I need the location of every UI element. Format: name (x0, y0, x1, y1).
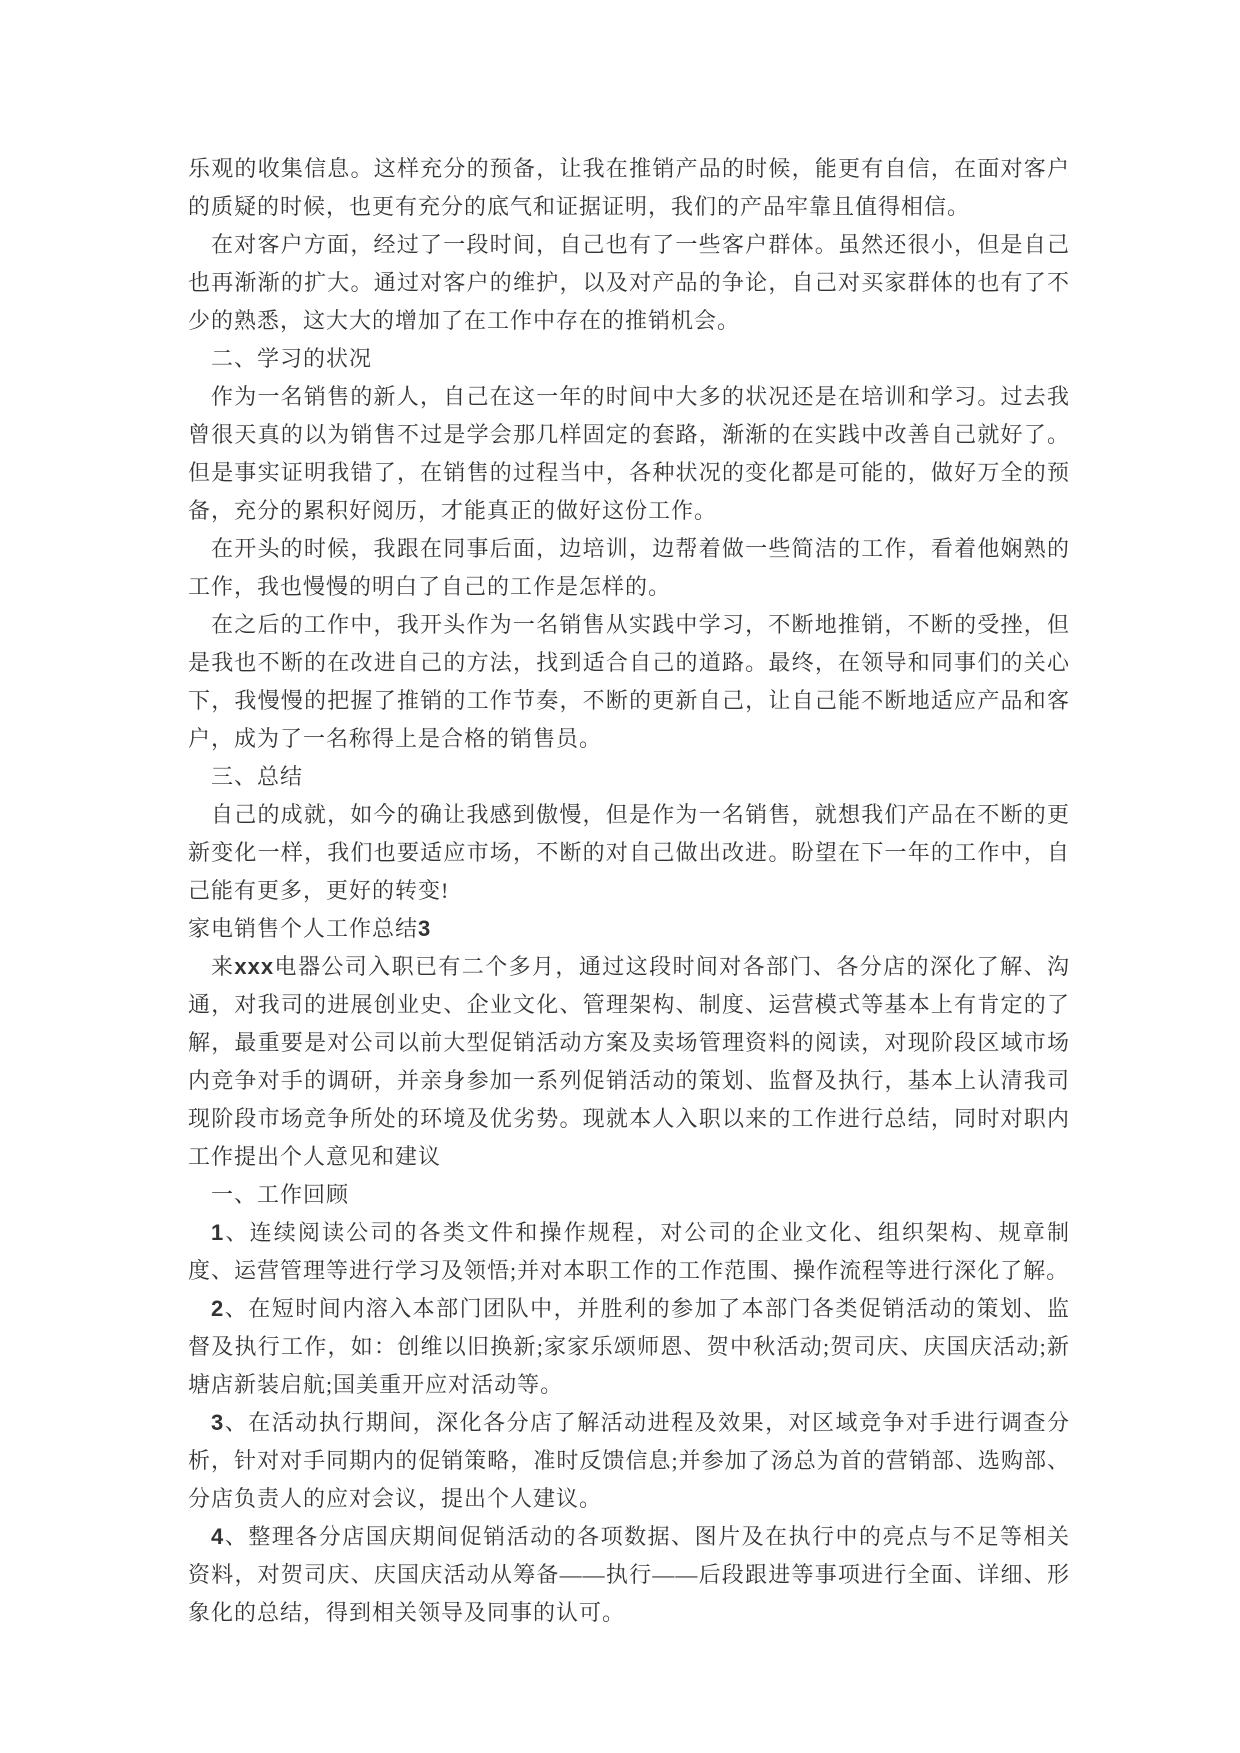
paragraph: 乐观的收集信息。这样充分的预备，让我在推销产品的时候，能更有自信，在面对客户的质… (188, 150, 1070, 226)
section-heading: 二、学习的状况 (188, 340, 1070, 378)
document-body: 乐观的收集信息。这样充分的预备，让我在推销产品的时候，能更有自信，在面对客户的质… (188, 150, 1070, 1632)
numbered-paragraph: 4、整理各分店国庆期间促销活动的各项数据、图片及在执行中的亮点与不足等相关资料，… (188, 1518, 1070, 1632)
document-page: 乐观的收集信息。这样充分的预备，让我在推销产品的时候，能更有自信，在面对客户的质… (0, 0, 1240, 1753)
article-heading: 家电销售个人工作总结3 (188, 910, 1070, 948)
numbered-paragraph: 1、连续阅读公司的各类文件和操作规程，对公司的企业文化、组织架构、规章制度、运营… (188, 1214, 1070, 1290)
numbered-paragraph: 2、在短时间内溶入本部门团队中，并胜利的参加了本部门各类促销活动的策划、监督及执… (188, 1290, 1070, 1404)
paragraph: 在开头的时候，我跟在同事后面，边培训，边帮着做一些简洁的工作，看着他娴熟的工作，… (188, 530, 1070, 606)
latin-text: 3 (211, 1410, 224, 1435)
numbered-paragraph: 3、在活动执行期间，深化各分店了解活动进程及效果，对区域竞争对手进行调查分析，针… (188, 1404, 1070, 1518)
latin-text: 1 (211, 1220, 224, 1245)
paragraph: 在之后的工作中，我开头作为一名销售从实践中学习，不断地推销，不断的受挫，但是我也… (188, 606, 1070, 758)
section-heading: 三、总结 (188, 758, 1070, 796)
paragraph: 自己的成就，如今的确让我感到傲慢，但是作为一名销售，就想我们产品在不断的更新变化… (188, 796, 1070, 910)
paragraph: 来xxx电器公司入职已有二个多月，通过这段时间对各部门、各分店的深化了解、沟通，… (188, 948, 1070, 1176)
latin-text: 3 (418, 916, 431, 941)
latin-text: xxx (234, 954, 274, 979)
latin-text: 2 (211, 1296, 224, 1321)
latin-text: 4 (211, 1524, 224, 1549)
paragraph: 在对客户方面，经过了一段时间，自己也有了一些客户群体。虽然还很小，但是自己也再渐… (188, 226, 1070, 340)
section-heading: 一、工作回顾 (188, 1176, 1070, 1214)
paragraph: 作为一名销售的新人，自己在这一年的时间中大多的状况还是在培训和学习。过去我曾很天… (188, 378, 1070, 530)
